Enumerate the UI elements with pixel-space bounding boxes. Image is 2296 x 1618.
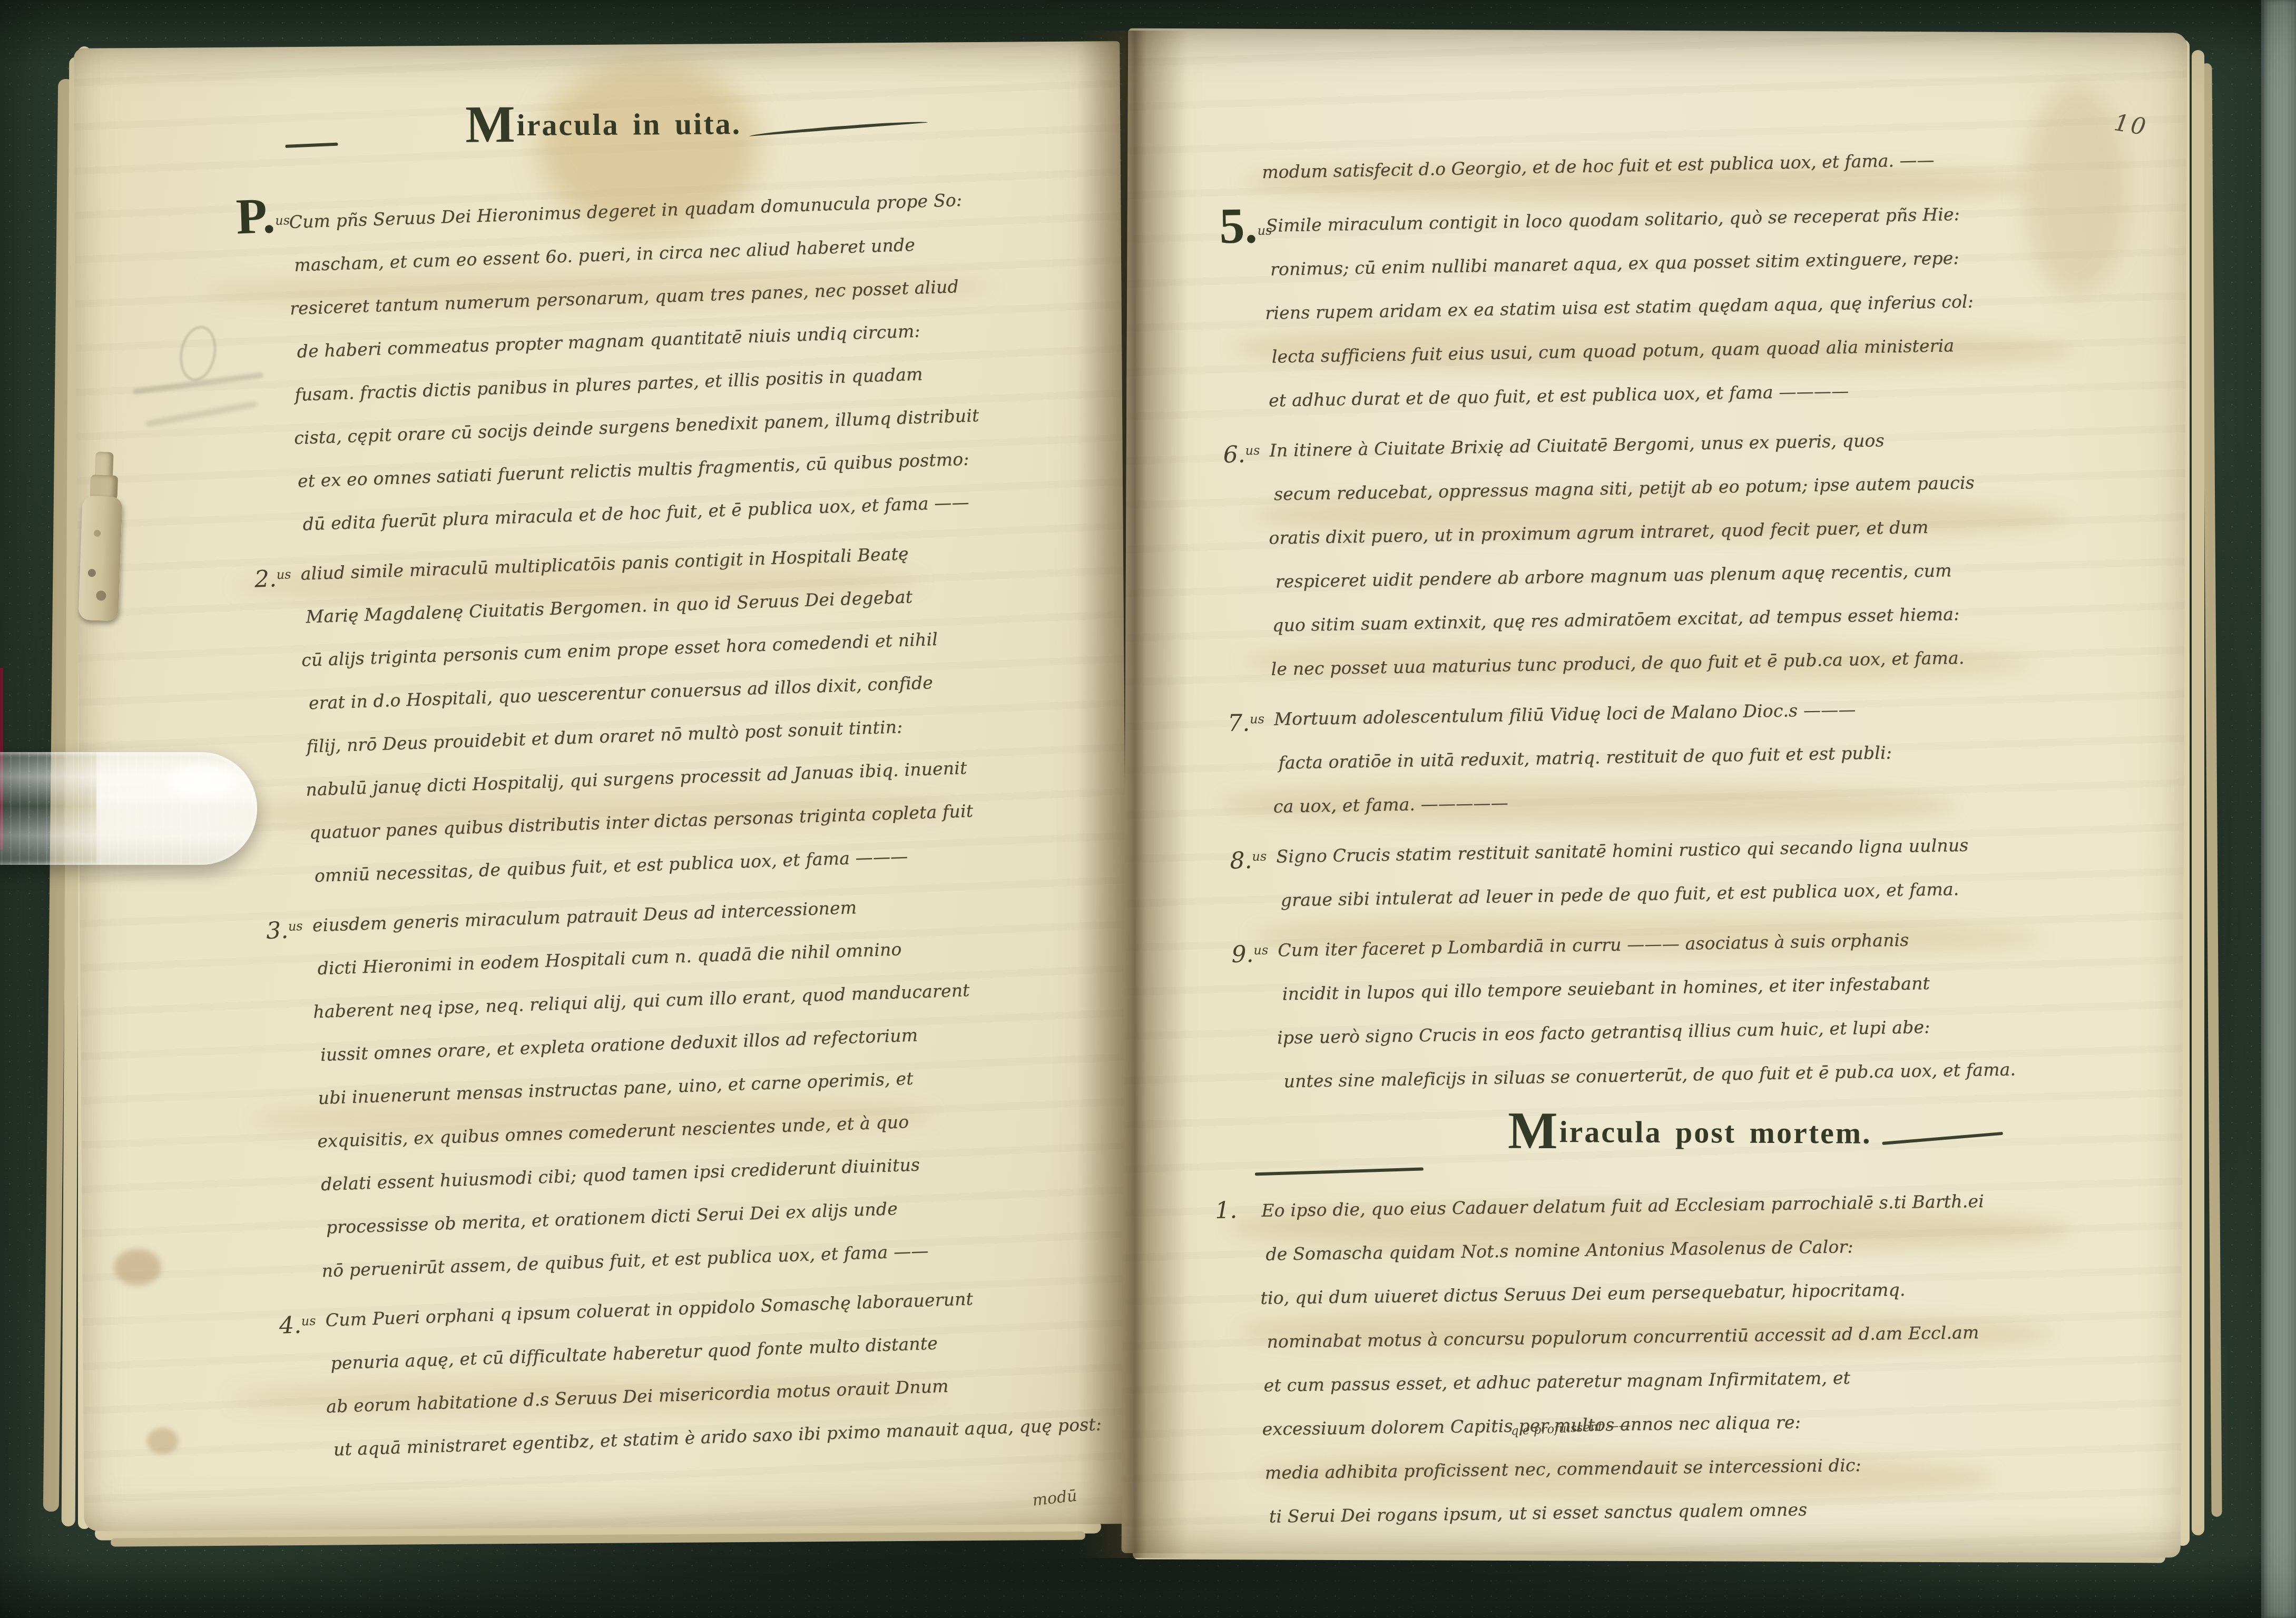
paragraph-lines: aliud simile miraculū multiplicatōis pan… [300, 526, 1125, 898]
catchword: modū [1032, 1486, 1078, 1510]
paragraph-number: 9us [1231, 929, 1269, 976]
bone-clasp-body [78, 496, 122, 621]
manuscript-paragraph: 2us aliud simile miraculū multiplicatōis… [300, 526, 1125, 898]
paragraph-lines: In itinere à Ciuitate Brixię ad Ciuitatē… [1269, 415, 2095, 691]
heading-rule-left [285, 143, 338, 148]
manuscript-paragraph: 9us Cum iter faceret p Lombardiā in curr… [1278, 915, 2102, 1103]
paragraph-number: 4us [278, 1299, 317, 1348]
paragraph-lines: Cum Pueri orphani q ipsum coluerat in op… [325, 1272, 1144, 1472]
paragraph-lines: Mortuum adolescentulum filiū Viduę loci … [1273, 684, 2097, 828]
left-paragraphs: Pus Cum pñs Seruus Dei Hieronimus degere… [288, 174, 1144, 1478]
pencil-margin-note [116, 323, 282, 458]
manuscript-paragraph: 5us Simile miraculum contigit in loco qu… [1265, 190, 2091, 422]
manuscript-paragraph: Pus Cum pñs Seruus Dei Hieronimus degere… [288, 174, 1113, 546]
paragraph-lines: eiusdem generis miraculum patrauit Deus … [312, 877, 1139, 1293]
paragraph-number: 8us [1230, 835, 1267, 883]
manuscript-paragraph: 4us Cum Pueri orphani q ipsum coluerat i… [325, 1272, 1144, 1472]
paragraph-number: Pus [236, 193, 291, 248]
paragraph-lines: Cum iter faceret p Lombardiā in curru ——… [1278, 915, 2102, 1103]
right-page-text: 10 modum satisfecit d.o Georgio, et de h… [1122, 28, 2187, 1558]
manuscript-paragraph: 7us Mortuum adolescentulum filiū Viduę l… [1273, 684, 2097, 828]
manuscript-paragraph: 1 q.e profuissent —— Eo ipso die, quo ei… [1261, 1178, 2088, 1538]
paragraph-number: 1 [1215, 1189, 1238, 1232]
left-page-heading: Miracula in uita. [465, 103, 1120, 143]
glass-rod-specular [168, 766, 236, 797]
paragraph-lines: Signo Crucis statim restituit sanitatē h… [1276, 821, 2099, 922]
scan-bed-edge-strip [2261, 0, 2296, 1618]
post-mortem-paragraphs: 1 q.e profuissent —— Eo ipso die, quo ei… [1261, 1178, 2088, 1544]
right-page: 10 modum satisfecit d.o Georgio, et de h… [1122, 28, 2187, 1558]
heading-initial: M [465, 95, 517, 154]
right-heading-row: Miracula post mortem. [1123, 1112, 2182, 1152]
paragraph-lines: Eo ipso die, quo eius Cadauer delatum fu… [1261, 1178, 2088, 1538]
right-page-heading: Miracula post mortem. [1508, 1114, 2182, 1152]
heading-rest: iracula post mortem. [1559, 1114, 1871, 1150]
manuscript-photograph: Miracula in uita. Pus Cum pñs Seruus Dei… [0, 0, 2296, 1618]
heading-initial: M [1508, 1101, 1559, 1160]
manuscript-paragraph: 3us eiusdem generis miraculum patrauit D… [312, 877, 1139, 1293]
page-stack-edge [2192, 50, 2204, 1535]
left-heading-row: Miracula in uita. [74, 103, 1120, 146]
paragraph-number: 7us [1227, 697, 1264, 745]
right-paragraphs: 5us Simile miraculum contigit in loco qu… [1265, 190, 2102, 1110]
paragraph-number: 2us [253, 553, 292, 601]
paragraph-number: 6us [1223, 429, 1260, 477]
heading-rule-left [1255, 1168, 1424, 1176]
paragraph-number: 3us [266, 904, 304, 953]
paragraph-lines: Simile miraculum contigit in loco quodam… [1265, 190, 2091, 422]
manuscript-paragraph: 6us In itinere à Ciuitate Brixię ad Ciui… [1269, 415, 2095, 691]
page-number: 10 [2112, 109, 2150, 141]
continuation-line: modum satisfecit d.o Georgio, et de hoc … [1262, 150, 1935, 182]
manuscript-paragraph: 8us Signo Crucis statim restituit sanita… [1276, 821, 2099, 922]
paragraph-number: 5us [1219, 204, 1272, 258]
heading-rest: iracula in uita. [516, 106, 741, 142]
bone-clasp [74, 451, 127, 621]
glass-rod-weight [0, 752, 257, 865]
paragraph-lines: Cum pñs Seruus Dei Hieronimus degeret in… [288, 174, 1113, 546]
